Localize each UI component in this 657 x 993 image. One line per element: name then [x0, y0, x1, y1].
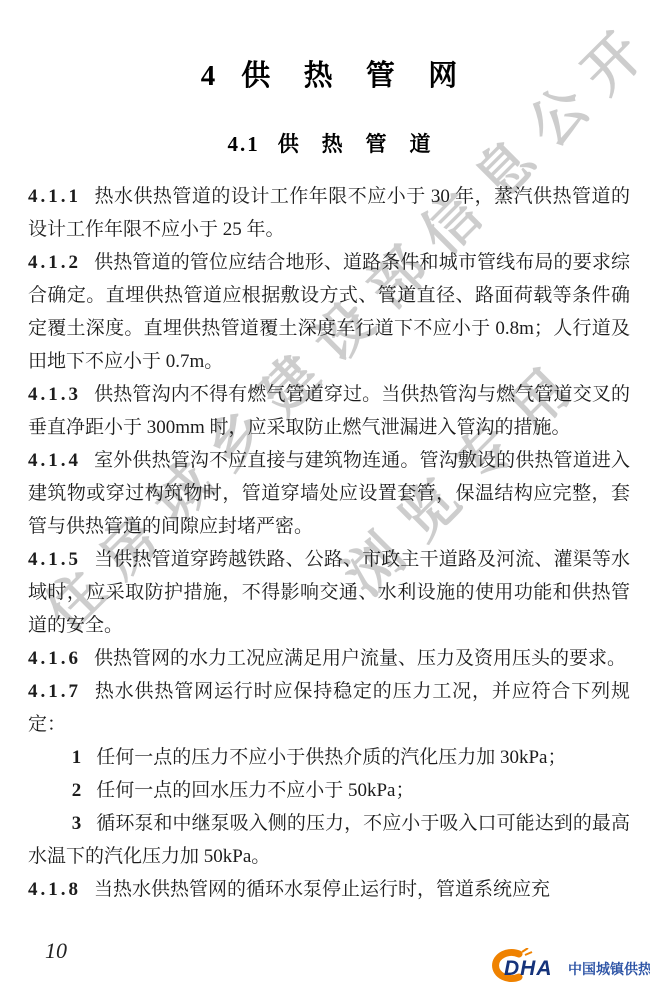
- clause-body: 4.1.1热水供热管道的设计工作年限不应小于 30 年，蒸汽供热管道的设计工作年…: [28, 180, 630, 906]
- clause-4-1-6: 4.1.6供热管网的水力工况应满足用户流量、压力及资用压头的要求。: [28, 642, 630, 675]
- clause-4-1-5: 4.1.5当供热管道穿跨越铁路、公路、市政主干道路及河流、灌渠等水域时，应采取防…: [28, 543, 630, 642]
- logo-shine: [522, 948, 532, 955]
- clause-4-1-7: 4.1.7热水供热管网运行时应保持稳定的压力工况，并应符合下列规定：: [28, 675, 630, 741]
- clause-text: 室外供热管沟不应直接与建筑物连通。管沟敷设的供热管道进入建筑物或穿过构筑物时，管…: [28, 450, 630, 537]
- section-title-text: 供 热 管 道: [278, 132, 440, 156]
- subitem-3: 3循环泵和中继泵吸入侧的压力，不应小于吸入口可能达到的最高水温下的汽化压力加 5…: [28, 807, 630, 873]
- section-title: 4.1供 热 管 道: [28, 134, 630, 155]
- section-number: 4.1: [228, 132, 260, 156]
- clause-number: 4.1.2: [28, 252, 94, 273]
- clause-4-1-1: 4.1.1热水供热管道的设计工作年限不应小于 30 年，蒸汽供热管道的设计工作年…: [28, 180, 630, 246]
- clause-text: 供热管网的水力工况应满足用户流量、压力及资用压头的要求。: [94, 648, 626, 669]
- clause-number: 4.1.6: [28, 648, 94, 669]
- subitem-number: 3: [72, 813, 97, 834]
- chapter-number: 4: [201, 60, 216, 92]
- clause-4-1-3: 4.1.3供热管沟内不得有燃气管道穿过。当供热管沟与燃气管道交叉的垂直净距小于 …: [28, 378, 630, 444]
- clause-number: 4.1.4: [28, 450, 94, 471]
- clause-number: 4.1.1: [28, 186, 94, 207]
- clause-text: 供热管沟内不得有燃气管道穿过。当供热管沟与燃气管道交叉的垂直净距小于 300mm…: [28, 384, 630, 438]
- chapter-title-text: 供 热 管 网: [241, 60, 470, 92]
- subitem-text: 任何一点的压力不应小于供热介质的汽化压力加 30kPa；: [96, 747, 566, 768]
- clause-number: 4.1.5: [28, 549, 94, 570]
- clause-number: 4.1.7: [28, 681, 94, 702]
- subitem-number: 2: [72, 780, 97, 801]
- subitem-2: 2任何一点的回水压力不应小于 50kPa；: [28, 774, 630, 807]
- document-page: 住房城乡建设部信息公开 浏览专用 4供 热 管 网 4.1供 热 管 道 4.1…: [0, 0, 657, 993]
- clause-text: 当热水供热管网的循环水泵停止运行时，管道系统应充: [94, 879, 550, 900]
- subitem-text: 任何一点的回水压力不应小于 50kPa；: [96, 780, 414, 801]
- clause-4-1-8: 4.1.8当热水供热管网的循环水泵停止运行时，管道系统应充: [28, 873, 630, 906]
- clause-text: 当供热管道穿跨越铁路、公路、市政主干道路及河流、灌渠等水域时，应采取防护措施，不…: [28, 549, 630, 636]
- logo-abbr: DHA: [504, 957, 553, 980]
- clause-text: 供热管道的管位应结合地形、道路条件和城市管线布局的要求综合确定。直埋供热管道应根…: [28, 252, 630, 372]
- clause-number: 4.1.8: [28, 879, 94, 900]
- chapter-title: 4供 热 管 网: [28, 62, 630, 91]
- clause-4-1-2: 4.1.2供热管道的管位应结合地形、道路条件和城市管线布局的要求综合确定。直埋供…: [28, 246, 630, 378]
- page-content: 4供 热 管 网 4.1供 热 管 道 4.1.1热水供热管道的设计工作年限不应…: [28, 0, 630, 906]
- clause-4-1-4: 4.1.4室外供热管沟不应直接与建筑物连通。管沟敷设的供热管道进入建筑物或穿过构…: [28, 444, 630, 543]
- page-number: 10: [45, 938, 67, 964]
- dha-logo-icon: DHA 中国城镇供热协会: [482, 948, 650, 984]
- logo-name: 中国城镇供热协会: [568, 961, 650, 977]
- subitem-number: 1: [72, 747, 97, 768]
- subitem-1: 1任何一点的压力不应小于供热介质的汽化压力加 30kPa；: [28, 741, 630, 774]
- subitem-text: 循环泵和中继泵吸入侧的压力，不应小于吸入口可能达到的最高水温下的汽化压力加 50…: [28, 813, 630, 867]
- clause-text: 热水供热管道的设计工作年限不应小于 30 年，蒸汽供热管道的设计工作年限不应小于…: [28, 186, 630, 240]
- clause-number: 4.1.3: [28, 384, 94, 405]
- dha-association-logo: DHA 中国城镇供热协会: [482, 948, 650, 989]
- clause-text: 热水供热管网运行时应保持稳定的压力工况，并应符合下列规定：: [28, 681, 630, 735]
